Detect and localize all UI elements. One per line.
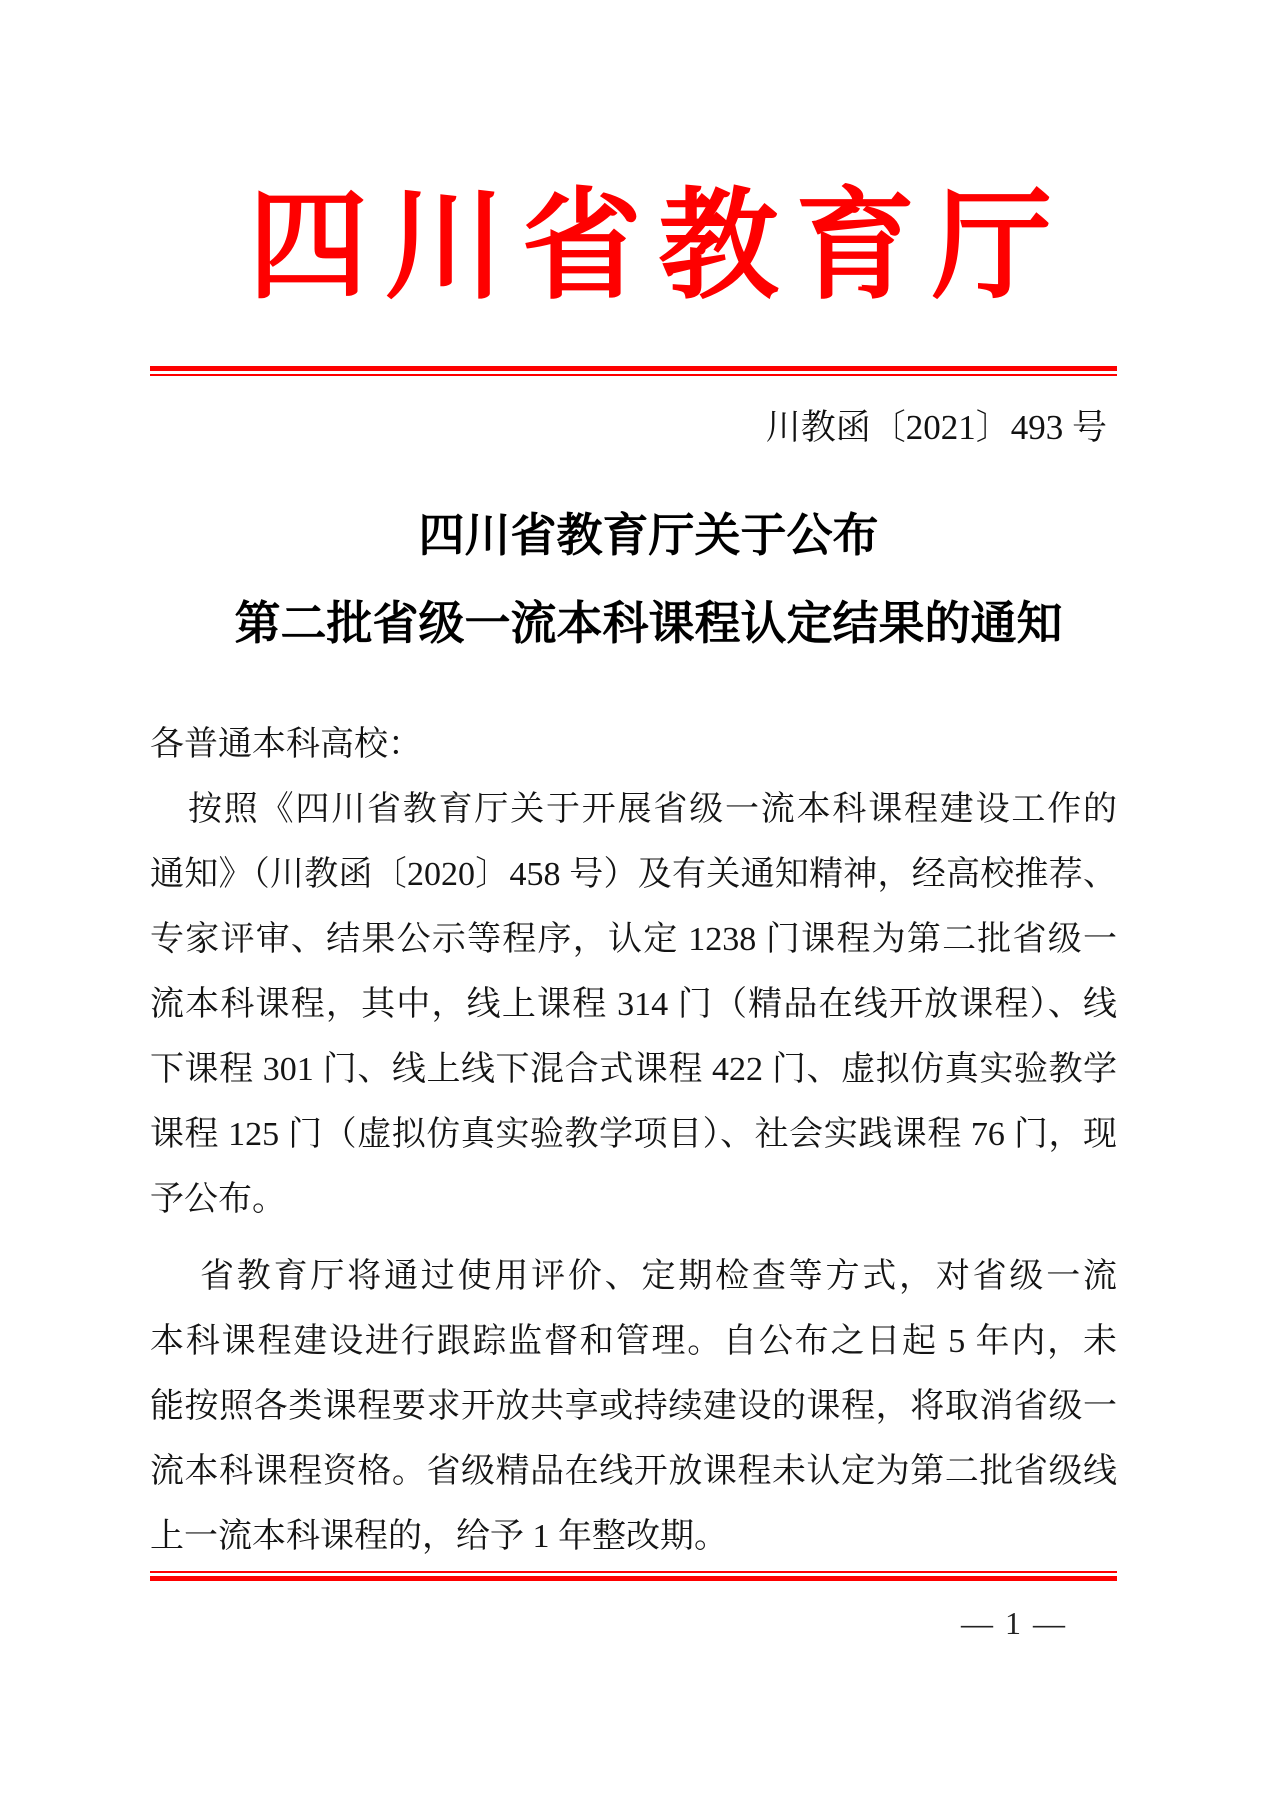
page-number: — 1 — [150, 1601, 1067, 1645]
body-line: 能按照各类课程要求开放共享或持续建设的课程，将取消省级一 [150, 1374, 1117, 1439]
divider-thin-rule [150, 374, 1117, 376]
agency-masthead: 四川省教育厅 [24, 178, 1269, 316]
document-title-line-1: 四川省教育厅关于公布 [14, 492, 1269, 580]
document-body: 各普通本科高校： 按照《四川省教育厅关于开展省级一流本科课程建设工作的 通知》（… [150, 712, 1117, 1569]
document-title-line-2: 第二批省级一流本科课程认定结果的通知 [14, 580, 1269, 668]
paragraph-1: 按照《四川省教育厅关于开展省级一流本科课程建设工作的 通知》（川教函〔2020〕… [150, 777, 1117, 1232]
body-line: 课程 125 门（虚拟仿真实验教学项目）、社会实践课程 76 门，现 [150, 1102, 1117, 1167]
body-line: 予公布。 [150, 1167, 1117, 1232]
body-line: 专家评审、结果公示等程序，认定 1238 门课程为第二批省级一 [150, 907, 1117, 972]
paragraph-2: 省教育厅将通过使用评价、定期检查等方式，对省级一流 本科课程建设进行跟踪监督和管… [150, 1244, 1117, 1569]
body-line: 流本科课程资格。省级精品在线开放课程未认定为第二批省级线 [150, 1439, 1117, 1504]
body-line: 上一流本科课程的，给予 1 年整改期。 [150, 1504, 1117, 1569]
divider-thick-rule [150, 1576, 1117, 1581]
salutation: 各普通本科高校： [150, 712, 1117, 777]
body-line: 本科课程建设进行跟踪监督和管理。自公布之日起 5 年内，未 [150, 1309, 1117, 1374]
document-number: 川教函〔2021〕493 号 [766, 404, 1107, 452]
body-line: 按照《四川省教育厅关于开展省级一流本科课程建设工作的 [150, 777, 1117, 842]
document-title: 四川省教育厅关于公布 第二批省级一流本科课程认定结果的通知 [14, 492, 1269, 668]
document-page: 四川省教育厅 川教函〔2021〕493 号 四川省教育厅关于公布 第二批省级一流… [0, 0, 1269, 1794]
body-line: 省教育厅将通过使用评价、定期检查等方式，对省级一流 [150, 1244, 1117, 1309]
body-line: 下课程 301 门、线上线下混合式课程 422 门、虚拟仿真实验教学 [150, 1037, 1117, 1102]
red-divider-top [150, 366, 1117, 376]
body-line: 流本科课程，其中，线上课程 314 门（精品在线开放课程）、线 [150, 972, 1117, 1037]
body-line: 通知》（川教函〔2020〕458 号）及有关通知精神，经高校推荐、 [150, 842, 1117, 907]
red-divider-bottom [150, 1571, 1117, 1581]
